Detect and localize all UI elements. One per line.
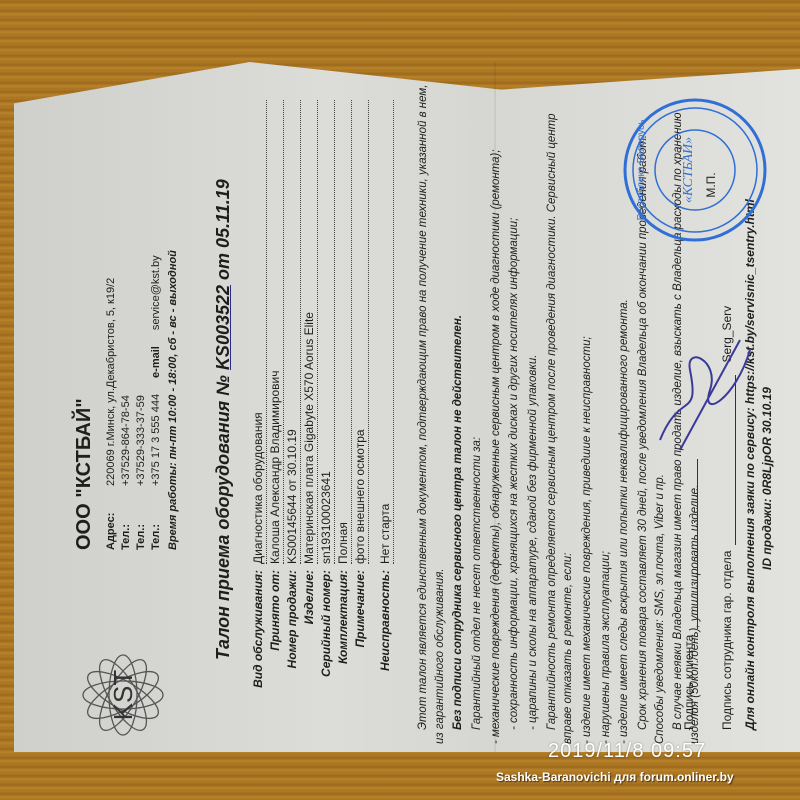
address-label: Адрес: <box>104 502 119 550</box>
email-value: service@kst.by <box>149 255 164 330</box>
paragraph: Гарантийность ремонта определяется серви… <box>544 84 577 744</box>
company-contacts: Адрес: 220069 г.Минск, ул.Декабристов, 5… <box>104 250 182 550</box>
field-value: sn193100023641 <box>318 100 335 564</box>
title-prefix: Талон приема оборудования № <box>213 375 233 660</box>
field-row: Изделие:Материнская плата Gigabyte X570 … <box>301 100 318 740</box>
field-label: Комплектация: <box>335 564 352 740</box>
phone-value: +37529-333-37-59 <box>134 395 149 486</box>
field-row: Серийный номер:sn193100023641 <box>318 100 335 740</box>
field-value: фото внешнего осмотра <box>352 100 369 564</box>
field-row: Номер продажи:KS00145644 от 30.10.19 <box>284 100 301 740</box>
employee-signature-label: Подпись сотрудника гар. отдела <box>719 551 736 730</box>
paragraph: - нарушены правила эксплуатации; <box>598 84 615 744</box>
photo-timestamp: 2019/11/8 09:57 <box>548 740 706 763</box>
field-label: Вид обслуживания: <box>250 564 267 740</box>
paragraph: Этот талон является единственным докумен… <box>415 84 448 744</box>
paragraph: - царапины и сколы на аппаратуре, сданой… <box>525 84 542 744</box>
client-signature-line <box>683 459 698 629</box>
receipt-number: KS003522 <box>213 285 233 370</box>
client-signature-label: Подпись клиента <box>681 635 698 730</box>
company-name: ООО "КСТБАЙ" <box>70 398 99 550</box>
phone-label: Тел.: <box>134 502 149 550</box>
field-label: Номер продажи: <box>284 564 301 740</box>
address-value: 220069 г.Минск, ул.Декабристов, 5, к19/2 <box>104 278 119 486</box>
field-row: Неисправность:Нет старта <box>377 100 394 740</box>
svg-text:Республика Беларусь: Республика Беларусь <box>635 120 647 221</box>
paragraph: - механические повреждения (дефекты), об… <box>488 84 505 744</box>
company-stamp-icon: «КСТБАЙ» Республика Беларусь М.П. <box>620 95 770 245</box>
paragraph: - сохранность информации, хранящихся на … <box>506 84 523 744</box>
field-value: Калоша Александр Владимирович <box>267 100 284 564</box>
field-row: Принято от:Калоша Александр Владимирович <box>267 100 284 740</box>
field-row: Вид обслуживания:Диагностика оборудовани… <box>250 100 267 740</box>
phone-label: Тел.: <box>149 502 164 550</box>
receipt-fields: Вид обслуживания:Диагностика оборудовани… <box>250 100 394 740</box>
working-hours: Время работы: пн-пт 10:00 - 18:00, сб - … <box>166 250 182 550</box>
title-date: от 05.11.19 <box>213 179 233 280</box>
svg-text:М.П.: М.П. <box>704 172 718 197</box>
paragraph: Без подписи сотрудника сервисного центра… <box>450 84 467 744</box>
field-label: Изделие: <box>301 564 318 740</box>
svg-text:«КСТБАЙ»: «КСТБАЙ» <box>679 137 696 203</box>
photo-watermark: Sashka-Baranovichi для forum.onliner.by <box>496 770 734 784</box>
handwritten-signature-icon <box>640 330 770 460</box>
field-value: KS00145644 от 30.10.19 <box>284 100 301 564</box>
field-label: Примечание: <box>352 564 369 740</box>
field-label: Серийный номер: <box>318 564 335 740</box>
field-row: Комплектация:Полная <box>335 100 352 740</box>
company-header: KST ООО "КСТБАЙ" Адрес: 220069 г.Минск, … <box>60 70 210 760</box>
field-label: Неисправность: <box>377 564 394 740</box>
phone-value: +375 17 3 555 444 <box>149 394 164 486</box>
kst-logo-icon: KST <box>78 650 168 740</box>
field-value: Диагностика оборудования <box>250 100 267 564</box>
phone-label: Тел.: <box>119 502 134 550</box>
paragraph: Гарантийный отдел не несет ответственнос… <box>469 84 486 744</box>
email-label: e-mail <box>149 346 164 378</box>
field-value: Материнская плата Gigabyte X570 Aorus El… <box>301 100 318 564</box>
field-row: Примечание:фото внешнего осмотра <box>352 100 369 740</box>
paragraph: - изделие имеет механические повреждения… <box>579 84 596 744</box>
phone-value: +37529-864-78-54 <box>119 395 134 486</box>
field-label: Принято от: <box>267 564 284 740</box>
field-value: Полная <box>335 100 352 564</box>
receipt-title: Талон приема оборудования № KS003522 от … <box>210 179 236 660</box>
field-value: Нет старта <box>377 100 394 564</box>
svg-text:KST: KST <box>108 670 138 721</box>
